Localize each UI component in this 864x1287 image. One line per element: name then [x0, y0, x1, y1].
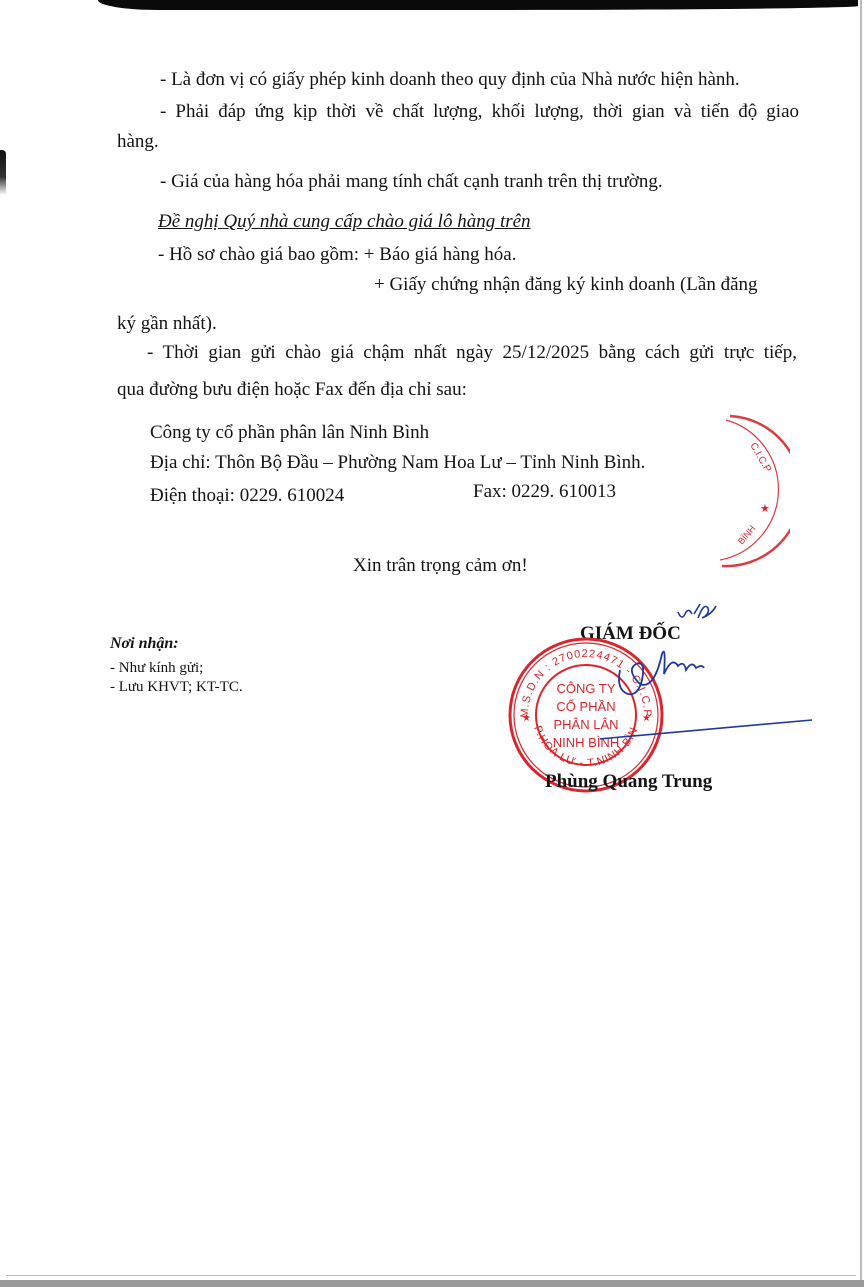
company-fax: Fax: 0229. 610013 [473, 482, 616, 501]
recipients-title: Nơi nhận: [110, 636, 179, 652]
condition-price: - Giá của hàng hóa phải mang tính chất c… [160, 172, 663, 191]
condition-license: - Là đơn vị có giấy phép kinh doanh theo… [160, 70, 740, 89]
closing-thanks: Xin trân trọng cảm ơn! [353, 556, 528, 575]
company-phone: Điện thoại: 0229. 610024 [150, 486, 344, 505]
recipient-item: - Lưu KHVT; KT-TC. [110, 680, 243, 695]
svg-text:★: ★ [760, 503, 770, 515]
dossier-line-1: - Hồ sơ chào giá bao gồm: + Báo giá hàng… [158, 245, 516, 264]
deadline-line-2: qua đường bưu điện hoặc Fax đến địa chỉ … [117, 380, 467, 399]
recipient-item: - Như kính gửi; [110, 661, 203, 676]
company-address: Địa chỉ: Thôn Bộ Đầu – Phường Nam Hoa Lư… [150, 453, 645, 472]
scan-edge-top [98, 0, 858, 10]
scan-edge-right [860, 0, 862, 1287]
deadline-line-1: - Thời gian gửi chào giá chậm nhất ngày … [147, 343, 797, 362]
scan-edge-bottom-line [6, 1275, 856, 1276]
request-heading: Đề nghị Quý nhà cung cấp chào giá lô hàn… [158, 212, 531, 231]
condition-responsiveness: - Phải đáp ứng kịp thời về chất lượng, k… [160, 102, 799, 121]
scan-edge-left [0, 150, 6, 195]
partial-stamp-icon: C.I.C.P ★ BÌNH [700, 410, 790, 570]
condition-responsiveness-cont: hàng. [117, 132, 159, 151]
dossier-line-3: ký gần nhất). [117, 314, 217, 333]
signature-icon [600, 600, 820, 750]
scan-edge-bottom [0, 1280, 864, 1287]
svg-text:C.I.C.P: C.I.C.P [747, 441, 773, 475]
svg-text:★: ★ [522, 713, 531, 724]
signatory-name: Phùng Quang Trung [545, 772, 712, 791]
dossier-line-2: + Giấy chứng nhận đăng ký kinh doanh (Lầ… [374, 275, 758, 294]
company-name: Công ty cổ phần phân lân Ninh Bình [150, 423, 429, 442]
